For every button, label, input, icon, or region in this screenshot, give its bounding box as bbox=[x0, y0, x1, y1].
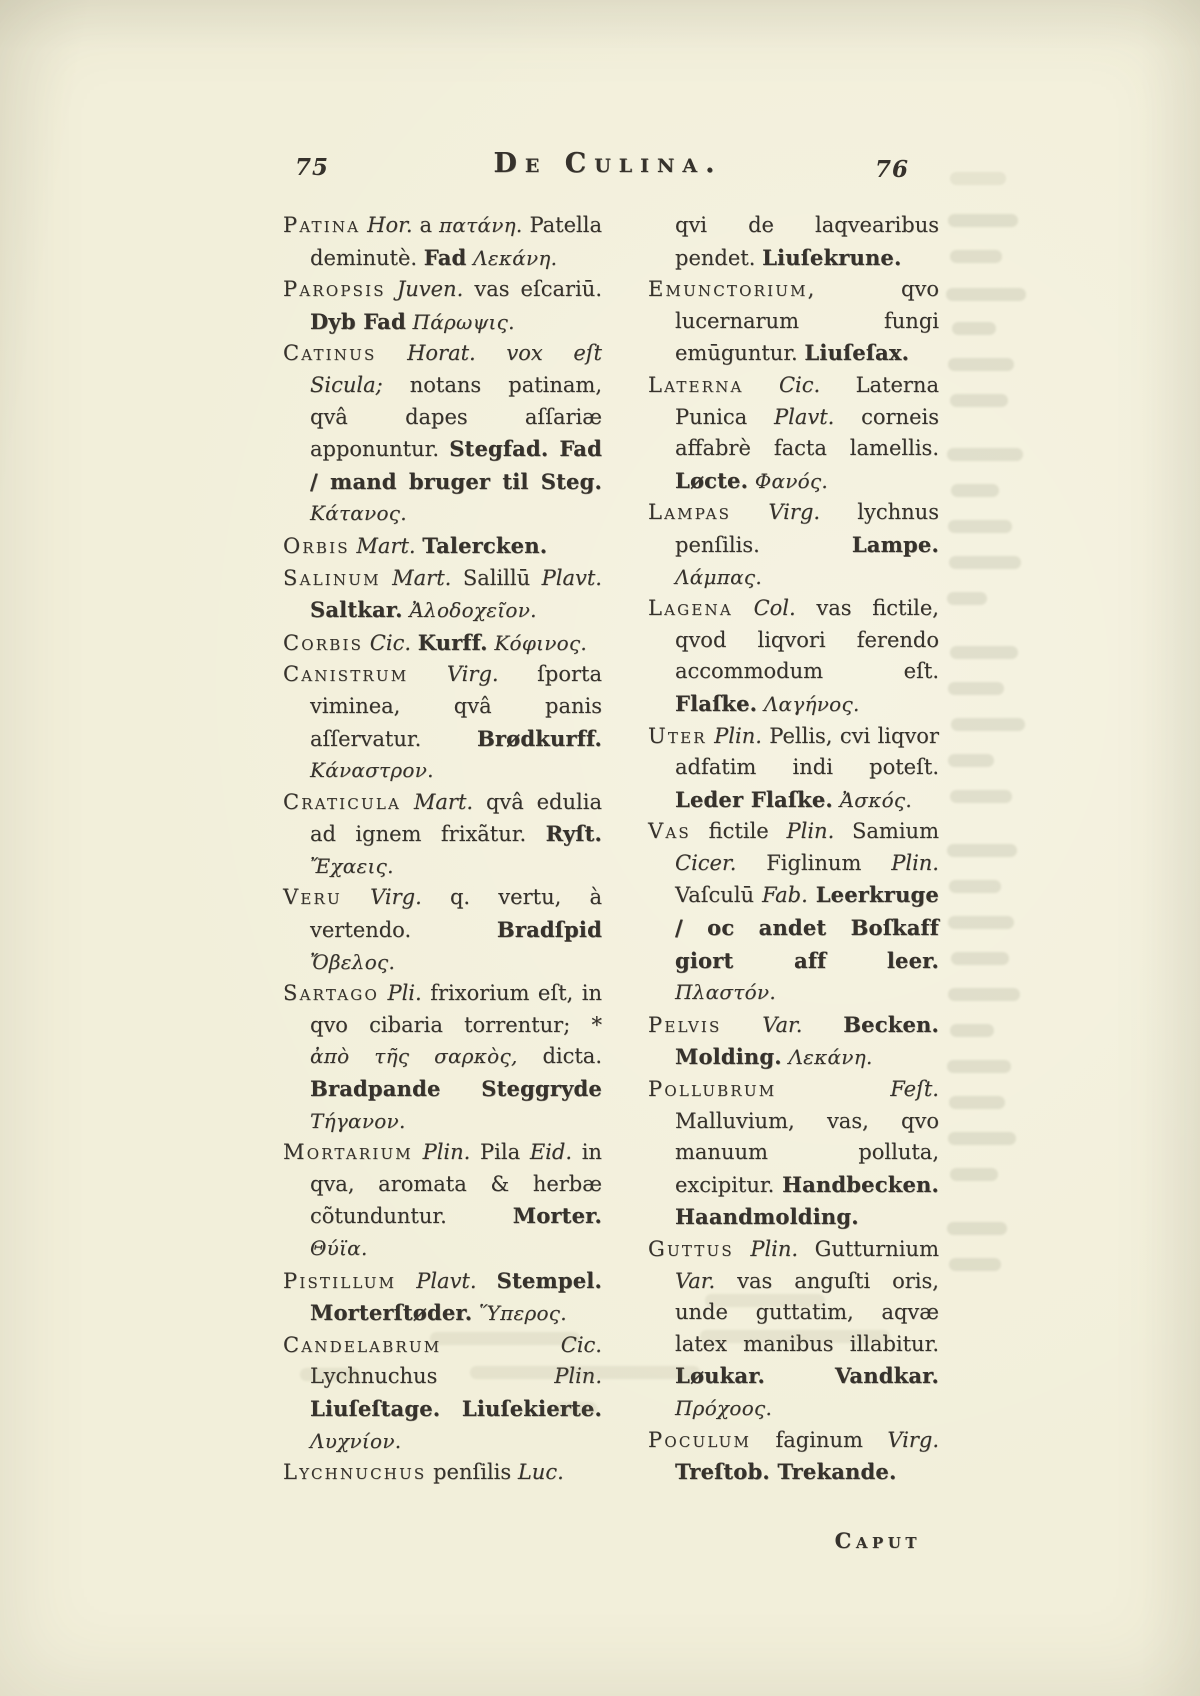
source-ref-text: Virg. bbox=[370, 885, 422, 909]
dictionary-entry: Pelvis Var. Becken. Molding. Λεκάνη. bbox=[648, 1009, 939, 1074]
latin-text: fictile bbox=[709, 819, 769, 843]
bleedthrough-artifact bbox=[949, 1258, 1001, 1271]
lemma-text: Candelabrum bbox=[283, 1333, 441, 1357]
bleedthrough-artifact bbox=[950, 1024, 994, 1037]
latin-text: dicta. bbox=[542, 1044, 602, 1068]
lemma-text: Poculum bbox=[648, 1428, 751, 1452]
source-ref-text: Cic. bbox=[370, 631, 411, 655]
lemma-text: Lampas bbox=[648, 500, 731, 524]
latin-text: Samium bbox=[852, 819, 939, 843]
source-ref-text: Plavt. bbox=[542, 566, 602, 590]
lemma-text: Mortarium bbox=[283, 1140, 413, 1164]
dictionary-entry: Mortarium Plin. Pila Eid. in qva, aromat… bbox=[283, 1137, 602, 1264]
source-ref-text: Var. bbox=[675, 1269, 715, 1293]
greek-text: Τήγανον. bbox=[310, 1109, 406, 1133]
lemma-text: Orbis bbox=[283, 534, 350, 558]
source-ref-text: Pli. bbox=[387, 981, 421, 1005]
bleedthrough-artifact bbox=[948, 682, 1004, 695]
bleedthrough-artifact bbox=[555, 1402, 597, 1415]
dictionary-entry: Emunctorium, qvo lucernarum fungi emūgun… bbox=[648, 274, 939, 370]
danish-blackletter-text: Saltkar. bbox=[310, 597, 403, 622]
danish-blackletter-text: Liuſeſax. bbox=[804, 340, 909, 365]
dictionary-entry: Sartago Pli. frixorium eſt, in qvo cibar… bbox=[283, 978, 602, 1137]
lemma-text: Veru bbox=[283, 885, 342, 909]
dictionary-entry: Vas fictile Plin. Samium Cicer. Figlinum… bbox=[648, 816, 939, 1009]
greek-text: Κόφινος. bbox=[494, 631, 587, 655]
greek-text: ἀπὸ τῆς σαρκὸς, bbox=[310, 1044, 518, 1068]
danish-blackletter-text: Lampe. bbox=[852, 532, 939, 557]
danish-blackletter-text: Kurff. bbox=[418, 630, 488, 655]
bleedthrough-artifact bbox=[950, 172, 1006, 185]
greek-text: Ἔχαεις. bbox=[310, 854, 394, 878]
lemma-text: Canistrum bbox=[283, 662, 408, 686]
dictionary-entry: Corbis Cic. Kurff. Κόφινος. bbox=[283, 627, 602, 660]
latin-text: faginum bbox=[776, 1428, 863, 1452]
danish-blackletter-text: Leder Flaſke. bbox=[675, 787, 833, 812]
catchword: Caput bbox=[648, 1525, 939, 1557]
source-ref-text: Virg. bbox=[447, 662, 499, 686]
greek-text: Λυχνίον. bbox=[310, 1429, 401, 1453]
dictionary-entry: Lagena Col. vas fictile, qvod liqvori fe… bbox=[648, 593, 939, 720]
greek-text: Κάναστρον. bbox=[310, 758, 434, 782]
dictionary-entry: Salinum Mart. Salillū Plavt. Saltkar. Ἀλ… bbox=[283, 563, 602, 627]
dictionary-entry: Canistrum Virg. ſporta viminea, qvâ pani… bbox=[283, 659, 602, 786]
greek-text: Πάρωψις. bbox=[413, 310, 515, 334]
greek-text: Ὄβελος. bbox=[310, 950, 395, 974]
dictionary-entry: qvi de laqvearibus pendet. Liuſekrune. bbox=[648, 210, 939, 274]
danish-blackletter-text: Fad bbox=[424, 245, 467, 270]
bleedthrough-artifact bbox=[300, 1368, 360, 1381]
lemma-text: Lagena bbox=[648, 596, 733, 620]
latin-text: a bbox=[419, 213, 432, 237]
dictionary-entry: Laterna Cic. Laterna Punica Plavt. corne… bbox=[648, 370, 939, 497]
source-ref-text: Hor. bbox=[367, 213, 412, 237]
danish-blackletter-text: Løukar. Vandkar. bbox=[675, 1363, 939, 1388]
bleedthrough-artifact bbox=[947, 1222, 1007, 1235]
greek-text: Θύϊα. bbox=[310, 1236, 368, 1260]
dictionary-entry: Catinus Horat. vox eſt Sicula; notans pa… bbox=[283, 338, 602, 530]
lemma-text: Salinum bbox=[283, 566, 381, 590]
source-ref-text: Plavt. bbox=[416, 1269, 476, 1293]
greek-text: Λεκάνη. bbox=[788, 1045, 872, 1069]
greek-text: Κάτανος. bbox=[310, 501, 407, 525]
source-ref-text: Luc. bbox=[518, 1460, 564, 1484]
dictionary-entry: Orbis Mart. Talercken. bbox=[283, 530, 602, 563]
dictionary-entry: Candelabrum Cic. Lychnuchus Plin. Liuſeſ… bbox=[283, 1330, 602, 1457]
source-ref-text: Fab. bbox=[762, 883, 808, 907]
greek-text: Πρόχοος. bbox=[675, 1396, 772, 1420]
dictionary-entry: Paropsis Juven. vas eſcariū. Dyb Fad Πάρ… bbox=[283, 274, 602, 338]
bleedthrough-artifact bbox=[947, 448, 1023, 461]
lemma-text: Emunctorium bbox=[648, 277, 808, 301]
danish-blackletter-text: Bradpande Steggryde bbox=[310, 1076, 602, 1101]
lemma-text: Pistillum bbox=[283, 1269, 396, 1293]
bleedthrough-artifact bbox=[948, 916, 1014, 929]
source-ref-text: Mart. bbox=[356, 534, 415, 558]
bleedthrough-artifact bbox=[948, 214, 1018, 227]
source-ref-text: Virg. bbox=[887, 1428, 939, 1452]
source-ref-text: Var. bbox=[762, 1013, 802, 1037]
bleedthrough-artifact bbox=[430, 1332, 580, 1345]
source-ref-text: Plin. bbox=[750, 1237, 798, 1261]
danish-blackletter-text: Løcte. bbox=[675, 468, 748, 493]
lemma-text: Guttus bbox=[648, 1237, 734, 1261]
danish-blackletter-text: Bradſpid bbox=[497, 917, 602, 942]
source-ref-text: Plavt. bbox=[774, 405, 834, 429]
danish-blackletter-text: Ryſt. bbox=[546, 821, 602, 846]
greek-text: Λάμπας. bbox=[675, 565, 762, 589]
source-ref-text: Plin. bbox=[891, 851, 939, 875]
bleedthrough-artifact bbox=[950, 394, 1008, 407]
danish-blackletter-text: Flaſke. bbox=[675, 691, 757, 716]
danish-blackletter-text: Dyb Fad bbox=[310, 309, 406, 334]
page-title: De Culina. bbox=[373, 148, 843, 179]
lemma-text: Uter bbox=[648, 724, 707, 748]
latin-text: Pila bbox=[480, 1140, 520, 1164]
greek-text: Φανός. bbox=[755, 469, 828, 493]
dictionary-entry: Lampas Virg. lychnus penſilis. Lampe. Λά… bbox=[648, 497, 939, 593]
greek-text: Λαγήνος. bbox=[764, 692, 860, 716]
source-ref-text: Eid. bbox=[530, 1140, 572, 1164]
source-ref-text: Col. bbox=[754, 596, 796, 620]
dictionary-entry: Veru Virg. q. vertu, à vertendo. Bradſpi… bbox=[283, 882, 602, 978]
danish-blackletter-text: Morter. bbox=[513, 1203, 602, 1228]
danish-blackletter-text: Brødkurff. bbox=[477, 726, 602, 751]
greek-text: Ἀσκός. bbox=[840, 788, 912, 812]
dictionary-entry: Lychnuchus penſilis Luc. bbox=[283, 1457, 602, 1489]
latin-text: Gutturnium bbox=[815, 1237, 939, 1261]
bleedthrough-artifact bbox=[950, 790, 1012, 803]
bleedthrough-artifact bbox=[948, 1132, 1016, 1145]
source-ref-text: Plin. bbox=[714, 724, 762, 748]
left-column: Patina Hor. a πατάνη. Patella deminutè. … bbox=[283, 210, 602, 1556]
lemma-text: Laterna bbox=[648, 373, 744, 397]
greek-text: Ἀλοδοχεῖον. bbox=[409, 598, 536, 622]
source-ref-text: Cicer. bbox=[675, 851, 736, 875]
bleedthrough-artifact bbox=[950, 250, 1002, 263]
bleedthrough-artifact bbox=[950, 646, 1018, 659]
dictionary-entry: Craticula Mart. qvâ edulia ad ignem frix… bbox=[283, 787, 602, 883]
source-ref-text: Plin. bbox=[423, 1140, 471, 1164]
bleedthrough-artifact bbox=[950, 1168, 998, 1181]
source-ref-text: Mart. bbox=[392, 566, 451, 590]
source-ref-text: Mart. bbox=[414, 790, 473, 814]
bleedthrough-artifact bbox=[951, 484, 999, 497]
bleedthrough-artifact bbox=[700, 1330, 890, 1343]
latin-text: Salillū bbox=[463, 566, 530, 590]
dictionary-entry: Patina Hor. a πατάνη. Patella deminutè. … bbox=[283, 210, 602, 274]
bleedthrough-artifact bbox=[947, 592, 987, 605]
bleedthrough-artifact bbox=[951, 718, 1025, 731]
dictionary-entry: Pistillum Plavt. Stempel. Morterſtøder. … bbox=[283, 1265, 602, 1330]
lemma-text: Paropsis bbox=[283, 277, 386, 301]
latin-text: Vaſculū bbox=[675, 883, 754, 907]
latin-text: penſilis bbox=[433, 1460, 511, 1484]
bleedthrough-artifact bbox=[952, 322, 996, 335]
bleedthrough-artifact bbox=[949, 880, 1001, 893]
latin-text: Figlinum bbox=[766, 851, 861, 875]
dictionary-entry: Pollubrum Feſt. Malluvium, vas, qvo manu… bbox=[648, 1074, 939, 1234]
greek-text: πατάνη. bbox=[439, 213, 523, 237]
source-ref-text: Virg. bbox=[768, 500, 820, 524]
text-block: 75 De Culina. 76 Patina Hor. a πατάνη. P… bbox=[283, 146, 939, 1556]
bleedthrough-artifact bbox=[947, 1060, 1011, 1073]
page-number-right: 76 bbox=[875, 156, 909, 183]
bleedthrough-artifact bbox=[949, 556, 1021, 569]
lemma-text: Patina bbox=[283, 213, 360, 237]
right-column: qvi de laqvearibus pendet. Liuſekrune.Em… bbox=[648, 210, 939, 1556]
lemma-text: Craticula bbox=[283, 790, 401, 814]
two-column-text: Patina Hor. a πατάνη. Patella deminutè. … bbox=[283, 210, 939, 1556]
greek-text: Ὕπερος. bbox=[479, 1301, 567, 1325]
bleedthrough-artifact bbox=[948, 754, 994, 767]
lemma-text: Lychnuchus bbox=[283, 1460, 426, 1484]
greek-text: Πλαστόν. bbox=[675, 980, 776, 1004]
danish-blackletter-text: Talercken. bbox=[422, 533, 547, 558]
bleedthrough-artifact bbox=[948, 358, 1014, 371]
bleedthrough-artifact bbox=[951, 952, 1009, 965]
lemma-text: Sartago bbox=[283, 981, 379, 1005]
dictionary-entry: Uter Plin. Pellis, cvi liqvor adfatim in… bbox=[648, 721, 939, 817]
book-page-scan: 75 De Culina. 76 Patina Hor. a πατάνη. P… bbox=[0, 0, 1200, 1696]
source-ref-text: Cic. bbox=[779, 373, 820, 397]
lemma-text: Vas bbox=[648, 819, 691, 843]
bleedthrough-artifact bbox=[705, 1294, 825, 1307]
bleedthrough-artifact bbox=[947, 844, 1017, 857]
lemma-text: Corbis bbox=[283, 631, 363, 655]
danish-blackletter-text: Liuſekrune. bbox=[762, 245, 901, 270]
source-ref-text: Plin. bbox=[786, 819, 834, 843]
latin-text: vas eſcariū. bbox=[474, 277, 602, 301]
bleedthrough-artifact bbox=[470, 1366, 700, 1379]
bleedthrough-artifact bbox=[946, 288, 1026, 301]
lemma-text: Pollubrum bbox=[648, 1077, 776, 1101]
greek-text: Λεκάνη. bbox=[473, 246, 557, 270]
page-number-left: 75 bbox=[295, 154, 329, 181]
bleedthrough-artifact bbox=[948, 988, 1020, 1001]
bleedthrough-artifact bbox=[948, 520, 1012, 533]
lemma-text: Catinus bbox=[283, 341, 376, 365]
lemma-text: Pelvis bbox=[648, 1013, 722, 1037]
source-ref-text: Feſt. bbox=[890, 1077, 939, 1101]
page-header: 75 De Culina. 76 bbox=[283, 146, 939, 196]
source-ref-text: Juven. bbox=[397, 277, 463, 301]
bleedthrough-artifact bbox=[949, 1096, 1005, 1109]
danish-blackletter-text: Treſtob. Trekande. bbox=[675, 1459, 896, 1484]
dictionary-entry: Poculum faginum Virg. Treſtob. Trekande. bbox=[648, 1425, 939, 1489]
